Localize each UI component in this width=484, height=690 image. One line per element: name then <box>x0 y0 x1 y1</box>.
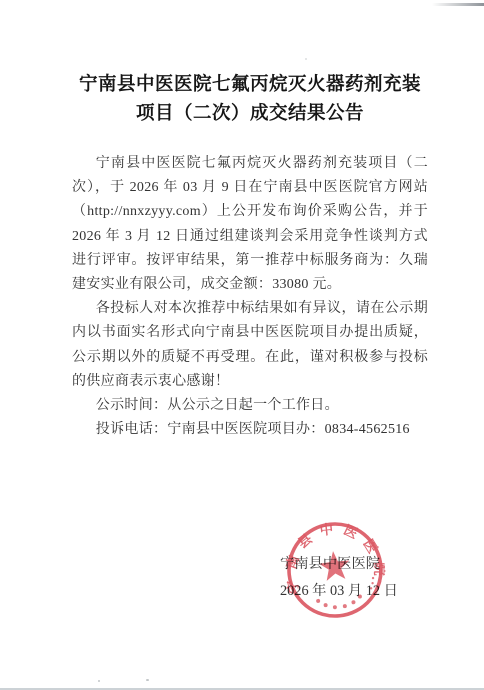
document-body: 宁南县中医医院七氟丙烷灭火器药剂充装项目（二次），于 2026 年 03 月 9… <box>72 152 428 442</box>
scan-speck <box>305 58 307 60</box>
scan-artifact-top-edge <box>432 3 484 6</box>
scan-speck <box>98 680 100 682</box>
stamp-bottom-marks <box>314 577 377 611</box>
title-line-2: 项目（二次）成交结果公告 <box>72 99 428 128</box>
scan-speck <box>146 679 149 681</box>
document-title: 宁南县中医医院七氟丙烷灭火器药剂充装 项目（二次）成交结果公告 <box>72 70 428 127</box>
complaint-phone-line: 投诉电话：宁南县中医医院项目办：0834-4562516 <box>72 418 428 442</box>
publicity-period-line: 公示时间：从公示之日起一个工作日。 <box>72 394 428 418</box>
paragraph-objection-notice: 各投标人对本次推荐中标结果如有异议，请在公示期内以书面实名形式向宁南县中医医院项… <box>72 297 428 394</box>
stamp-star-icon <box>318 550 351 582</box>
paragraph-procurement-result: 宁南县中医医院七氟丙烷灭火器药剂充装项目（二次），于 2026 年 03 月 9… <box>72 152 428 297</box>
scanned-page: 宁南县中医医院七氟丙烷灭火器药剂充装 项目（二次）成交结果公告 宁南县中医医院七… <box>0 0 484 690</box>
official-seal-stamp-icon: 宁南县中医医院 <box>280 515 390 625</box>
title-line-1: 宁南县中医医院七氟丙烷灭火器药剂充装 <box>72 70 428 99</box>
